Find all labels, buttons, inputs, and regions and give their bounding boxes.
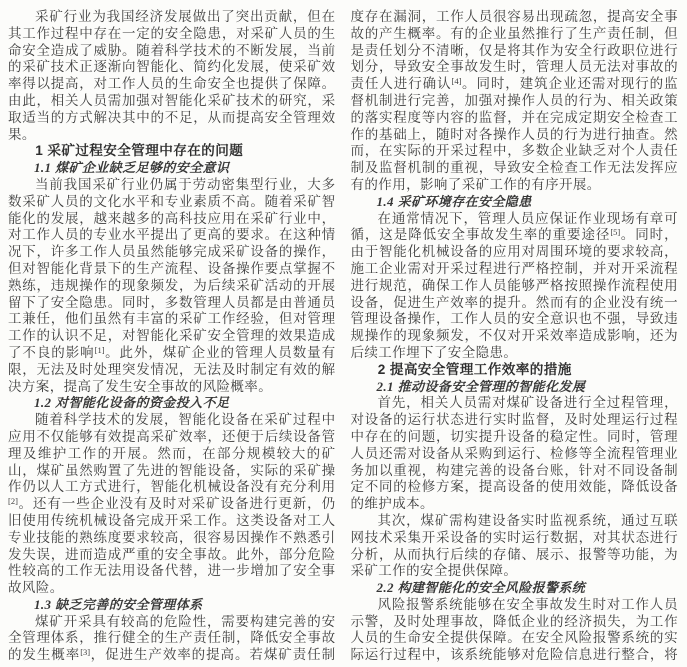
subsection-1-2-heading: 1.2 对智能化设备的资金投入不足 (8, 395, 336, 412)
subsection-1-1-heading: 1.1 煤矿企业缺乏足够的安全意识 (8, 160, 336, 177)
subsection-2-1-paragraph-first: 首先，相关人员需对煤矿设备进行全过程管理，对设备的运行状态进行实时监督，及时处理… (351, 395, 679, 513)
subsection-2-2-heading: 2.2 构建智能化的安全风险报警系统 (351, 580, 679, 597)
subsection-1-4-heading: 1.4 采矿环境存在安全隐患 (351, 194, 679, 211)
two-column-text-area: 采矿行业为我国经济发展做出了突出贡献，但在其工作过程中存在一定的安全隐患，对采矿… (0, 0, 687, 667)
reference-marker: [5] (610, 227, 620, 237)
reference-marker: [3] (80, 647, 90, 657)
subsection-2-1-heading: 2.1 推动设备安全管理的智能化发展 (351, 379, 679, 396)
paper-page: 采矿行业为我国经济发展做出了突出贡献，但在其工作过程中存在一定的安全隐患，对采矿… (0, 0, 687, 667)
section-2-heading: 2 提高安全管理工作效率的措施 (351, 362, 679, 379)
section-1-heading: 1 采矿过程安全管理中存在的问题 (8, 143, 336, 160)
reference-marker: [4] (452, 76, 462, 86)
intro-paragraph: 采矿行业为我国经济发展做出了突出贡献，但在其工作过程中存在一定的安全隐患，对采矿… (8, 9, 336, 143)
subsection-1-2-paragraph: 随着科学技术的发展，智能化设备在采矿过程中应用不仅能够有效提高采矿效率，还便于后… (8, 412, 336, 597)
subsection-2-1-paragraph-second: 其次，煤矿需构建设备实时监视系统，通过互联网技术采集开采设备的实时运行数据，对其… (351, 513, 679, 580)
subsection-1-3-heading: 1.3 缺乏完善的安全管理体系 (8, 597, 336, 614)
subsection-1-4-paragraph: 在通常情况下，管理人员应保证作业现场有章可循，这是降低安全事故发生率的重要途径[… (351, 211, 679, 362)
subsection-1-1-paragraph: 当前我国采矿行业仍属于劳动密集型行业，大多数采矿人员的文化水平和专业素质不高。随… (8, 177, 336, 395)
reference-marker: [2] (8, 496, 18, 506)
reference-marker: [1] (95, 345, 105, 355)
